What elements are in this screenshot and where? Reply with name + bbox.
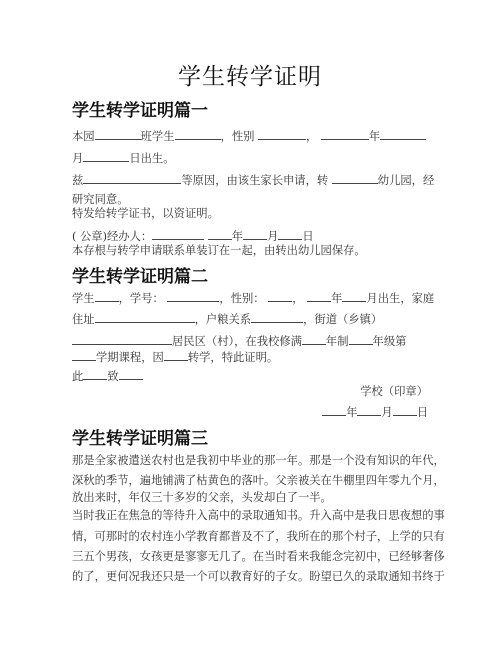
section2-line4: 学期课程，因转学，特此证明。 xyxy=(72,349,432,365)
text: ( 公章)经办人： xyxy=(72,230,152,243)
text: 此 xyxy=(72,370,83,383)
blank-field xyxy=(380,128,426,140)
section1-line5: 特发给转学证书，以资证明。 xyxy=(72,207,432,221)
text: 住址 xyxy=(72,313,95,326)
section1-line4: 研究同意。 xyxy=(72,193,432,207)
text: 月出生，家庭 xyxy=(366,292,434,305)
blank-field xyxy=(342,290,366,302)
section3-paragraph-line: 的了，更何况我还只是一个可以教育好的子女。盼望已久的录取通知书终于 xyxy=(72,570,432,584)
blank-field xyxy=(321,128,369,140)
text: ，性别 xyxy=(221,130,255,143)
text: 学期课程，因 xyxy=(96,351,164,364)
blank-field xyxy=(243,228,267,240)
section3-paragraph-line: 那是全家被遣送农村也是我初中毕业的那一年。那是一个没有知识的年代， xyxy=(72,454,432,468)
blank-field xyxy=(164,349,188,361)
section1-line3: 兹等原因，由该生家长申请，转 幼儿园，经 xyxy=(72,172,432,188)
text: 幼儿园，经 xyxy=(378,174,435,187)
text: 学生 xyxy=(72,292,95,305)
text: 年 xyxy=(331,292,342,305)
text: ，户粮关系 xyxy=(195,313,252,326)
blank-field xyxy=(83,150,129,162)
section1-line7: 本存根与转学申请联系单装订在一起，由转出幼儿园保存。 xyxy=(72,244,432,258)
text: 本园 xyxy=(72,130,95,143)
blank-field xyxy=(278,228,302,240)
text: 年 xyxy=(232,230,243,243)
blank-field xyxy=(251,311,303,323)
text: ， xyxy=(292,292,303,305)
text: 年 xyxy=(369,130,380,143)
blank-field xyxy=(332,172,378,184)
text: 居民区（村），在我校修满 xyxy=(172,335,302,348)
text: 月 xyxy=(381,406,392,419)
blank-field xyxy=(268,290,292,302)
text: 等原因，由该生家长申请，转 xyxy=(181,174,328,187)
text: 日出生。 xyxy=(129,152,174,165)
text: 兹 xyxy=(72,174,83,187)
blank-field xyxy=(357,404,381,416)
blank-field xyxy=(307,290,331,302)
section3-heading: 学生转学证明篇三 xyxy=(72,424,208,449)
section2-date: 年月日 xyxy=(72,404,428,420)
text: 年制 xyxy=(326,335,349,348)
blank-field xyxy=(95,311,195,323)
section1-line2: 月日出生。 xyxy=(72,150,432,166)
section3-paragraph-line: 放出来时，年仅三十多岁的父亲，头发却白了一半。 xyxy=(72,491,432,505)
text: 转学，特此证明。 xyxy=(188,351,278,364)
blank-field xyxy=(152,228,204,240)
text: 年 xyxy=(346,406,357,419)
blank-field xyxy=(72,349,96,361)
blank-field xyxy=(322,404,346,416)
blank-field xyxy=(208,228,232,240)
text: 年级第 xyxy=(373,335,407,348)
text: 月 xyxy=(72,152,83,165)
section1-line1: 本园班学生，性别 ， 年 xyxy=(72,128,432,144)
blank-field xyxy=(349,333,373,345)
section2-line3: 居民区（村），在我校修满年制年级第 xyxy=(72,333,432,349)
blank-field xyxy=(72,333,172,345)
text: 月 xyxy=(267,230,278,243)
text: 致 xyxy=(107,370,118,383)
section3-paragraph-line: 三五个男孩，女孩更是寥寥无几了。在当时看来我能念完初中，已经够奢侈 xyxy=(72,550,432,564)
section3-paragraph-line: 情，可那时的农村连小学教育都普及不了，我所在的那个村子，上学的只有 xyxy=(72,530,432,544)
text: 日 xyxy=(417,406,428,419)
blank-field xyxy=(393,404,417,416)
blank-field xyxy=(302,333,326,345)
section3-paragraph-line: 当时我正在焦急的等待升入高中的录取通知书。升入高中是我日思夜想的事 xyxy=(72,509,432,523)
blank-field xyxy=(258,128,306,140)
section1-heading: 学生转学证明篇一 xyxy=(72,96,208,121)
section2-heading: 学生转学证明篇二 xyxy=(72,262,208,287)
blank-field xyxy=(95,128,141,140)
blank-field xyxy=(175,128,221,140)
blank-field xyxy=(83,172,181,184)
blank-field xyxy=(119,368,143,380)
section2-line5: 此致 xyxy=(72,368,432,384)
text: ，学号： xyxy=(119,292,164,305)
text: ，街道（乡镇） xyxy=(303,313,382,326)
blank-field xyxy=(167,290,219,302)
text: ， xyxy=(306,130,317,143)
section2-line2: 住址，户粮关系，街道（乡镇） xyxy=(72,311,432,327)
document-title: 学生转学证明 xyxy=(0,58,500,91)
section2-signature: 学校（印章） xyxy=(72,385,428,399)
blank-field xyxy=(95,290,119,302)
section3-paragraph-line: 深秋的季节，遍地铺满了枯黄色的落叶。父亲被关在牛棚里四年零九个月， xyxy=(72,474,432,488)
text: ，性别： xyxy=(219,292,264,305)
blank-field xyxy=(83,368,107,380)
text: 日 xyxy=(302,230,313,243)
text: 班学生 xyxy=(141,130,175,143)
section1-line6: ( 公章)经办人： 年月日 xyxy=(72,228,432,244)
section2-line1: 学生，学号： ，性别： ， 年月出生，家庭 xyxy=(72,290,432,306)
